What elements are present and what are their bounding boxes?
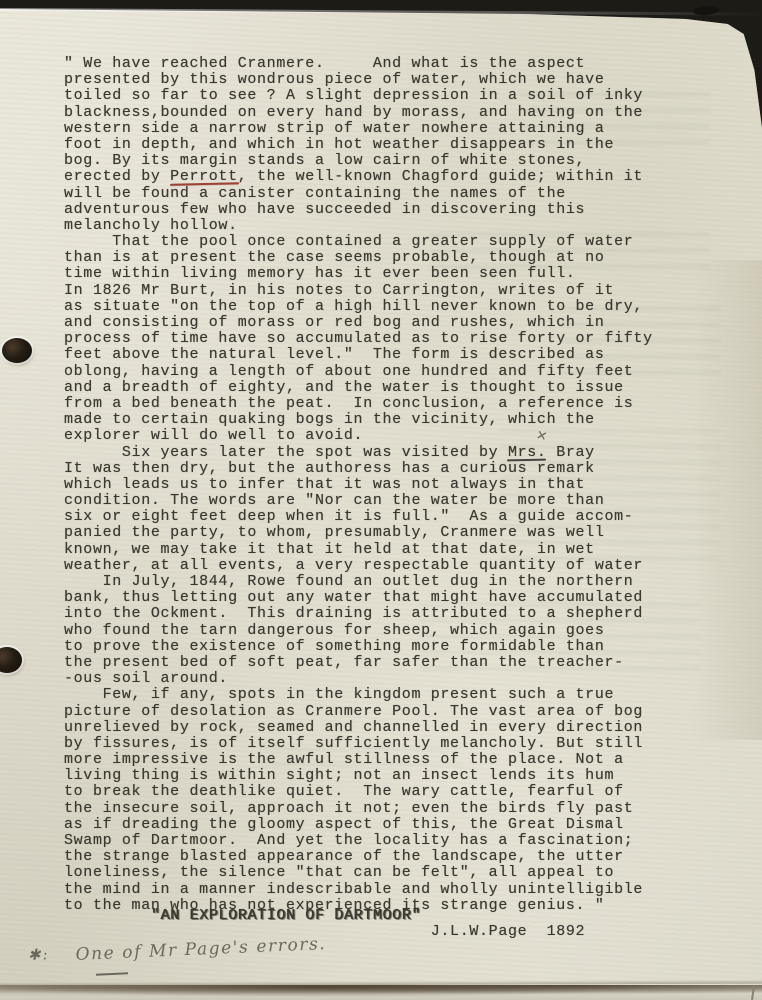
text-line: J.L.W.Page 1892 bbox=[64, 924, 724, 940]
text-line: Six years later the spot was visited by … bbox=[64, 445, 724, 461]
text-line: toiled so far to see ? A slight depressi… bbox=[64, 88, 724, 104]
text-line: blackness,bounded on every hand by moras… bbox=[64, 105, 724, 121]
text-line: as situate "on the top of a high hill ne… bbox=[64, 299, 724, 315]
text-line: who found the tarn dangerous for sheep, … bbox=[64, 623, 724, 639]
text-line: and consisting of morass or red bog and … bbox=[64, 315, 724, 331]
text-line: foot in depth, and which in hot weather … bbox=[64, 137, 724, 153]
text-line: from a bed beneath the peat. In conclusi… bbox=[64, 396, 724, 412]
text-line: than is at present the case seems probab… bbox=[64, 250, 724, 266]
text-line: Swamp of Dartmoor. And yet the locality … bbox=[64, 833, 724, 849]
text-line: six or eight feet deep when it is full."… bbox=[64, 509, 724, 525]
text-line: loneliness, the silence "that can be fel… bbox=[64, 865, 724, 881]
text-line: and a breadth of eighty, and the water i… bbox=[64, 380, 724, 396]
text-line: weather, at all events, a very respectab… bbox=[64, 558, 724, 574]
footnote-marker: ✱: bbox=[28, 945, 50, 964]
text-line: picture of desolation as Cranmere Pool. … bbox=[64, 704, 724, 720]
text-line: presented by this wondrous piece of wate… bbox=[64, 72, 724, 88]
text-line: the insecure soil, approach it not; even… bbox=[64, 801, 724, 817]
text-line: " We have reached Cranmere. And what is … bbox=[64, 56, 724, 72]
text-line: Few, if any, spots in the kingdom presen… bbox=[64, 687, 724, 703]
text-line: feet above the natural level." The form … bbox=[64, 347, 724, 363]
text-line: oblong, having a length of about one hun… bbox=[64, 364, 724, 380]
text-line: bog. By its margin stands a low cairn of… bbox=[64, 153, 724, 169]
text-line: more impressive is the awful stillness o… bbox=[64, 752, 724, 768]
text-line: time within living memory has it ever be… bbox=[64, 266, 724, 282]
typed-text-block: " We have reached Cranmere. And what is … bbox=[64, 56, 724, 940]
punch-hole-top bbox=[2, 338, 32, 363]
text-line: That the pool once contained a greater s… bbox=[64, 234, 724, 250]
text-line: In 1826 Mr Burt, in his notes to Carring… bbox=[64, 283, 724, 299]
text-line: living thing is within sight; not an ins… bbox=[64, 768, 724, 784]
text-line: made to certain quaking bogs in the vici… bbox=[64, 412, 724, 428]
text-line: process of time have so accumulated as t… bbox=[64, 331, 724, 347]
text-line: -ous soil around. bbox=[64, 671, 724, 687]
text-line: panied the party, to whom, presumably, C… bbox=[64, 525, 724, 541]
photographed-page: " We have reached Cranmere. And what is … bbox=[0, 0, 762, 1000]
text-line: as if dreading the gloomy aspect of this… bbox=[64, 817, 724, 833]
sheet-beneath bbox=[0, 985, 762, 1000]
text-line: into the Ockment. This draining is attri… bbox=[64, 606, 724, 622]
text-line: the present bed of soft peat, far safer … bbox=[64, 655, 724, 671]
text-line: explorer will do well to avoid. bbox=[64, 428, 724, 444]
text-line: It was then dry, but the authoress has a… bbox=[64, 461, 724, 477]
text-line: melancholy hollow. bbox=[64, 218, 724, 234]
text-line: adventurous few who have succeeded in di… bbox=[64, 202, 724, 218]
text-line: western side a narrow strip of water now… bbox=[64, 121, 724, 137]
text-line: In July, 1844, Rowe found an outlet dug … bbox=[64, 574, 724, 590]
text-line: the mind in a manner indescribable and w… bbox=[64, 882, 724, 898]
text-line: to break the deathlike quiet. The wary c… bbox=[64, 784, 724, 800]
text-line: "AN EXPLORATION OF DARTMOOR" bbox=[64, 908, 724, 924]
text-line: which leads us to infer that it was not … bbox=[64, 477, 724, 493]
text-line: known, we may take it that it held at th… bbox=[64, 542, 724, 558]
text-line: bank, thus letting out any water that mi… bbox=[64, 590, 724, 606]
text-line: will be found a canister containing the … bbox=[64, 186, 724, 202]
text-line: to prove the existence of something more… bbox=[64, 639, 724, 655]
text-line: by fissures, is of itself sufficiently m… bbox=[64, 736, 724, 752]
text-line: condition. The words are "Nor can the wa… bbox=[64, 493, 724, 509]
text-line: erected by Perrott, the well-known Chagf… bbox=[64, 169, 724, 185]
text-line: unrelieved by rock, seamed and channelle… bbox=[64, 720, 724, 736]
text-line: the strange blasted appearance of the la… bbox=[64, 849, 724, 865]
